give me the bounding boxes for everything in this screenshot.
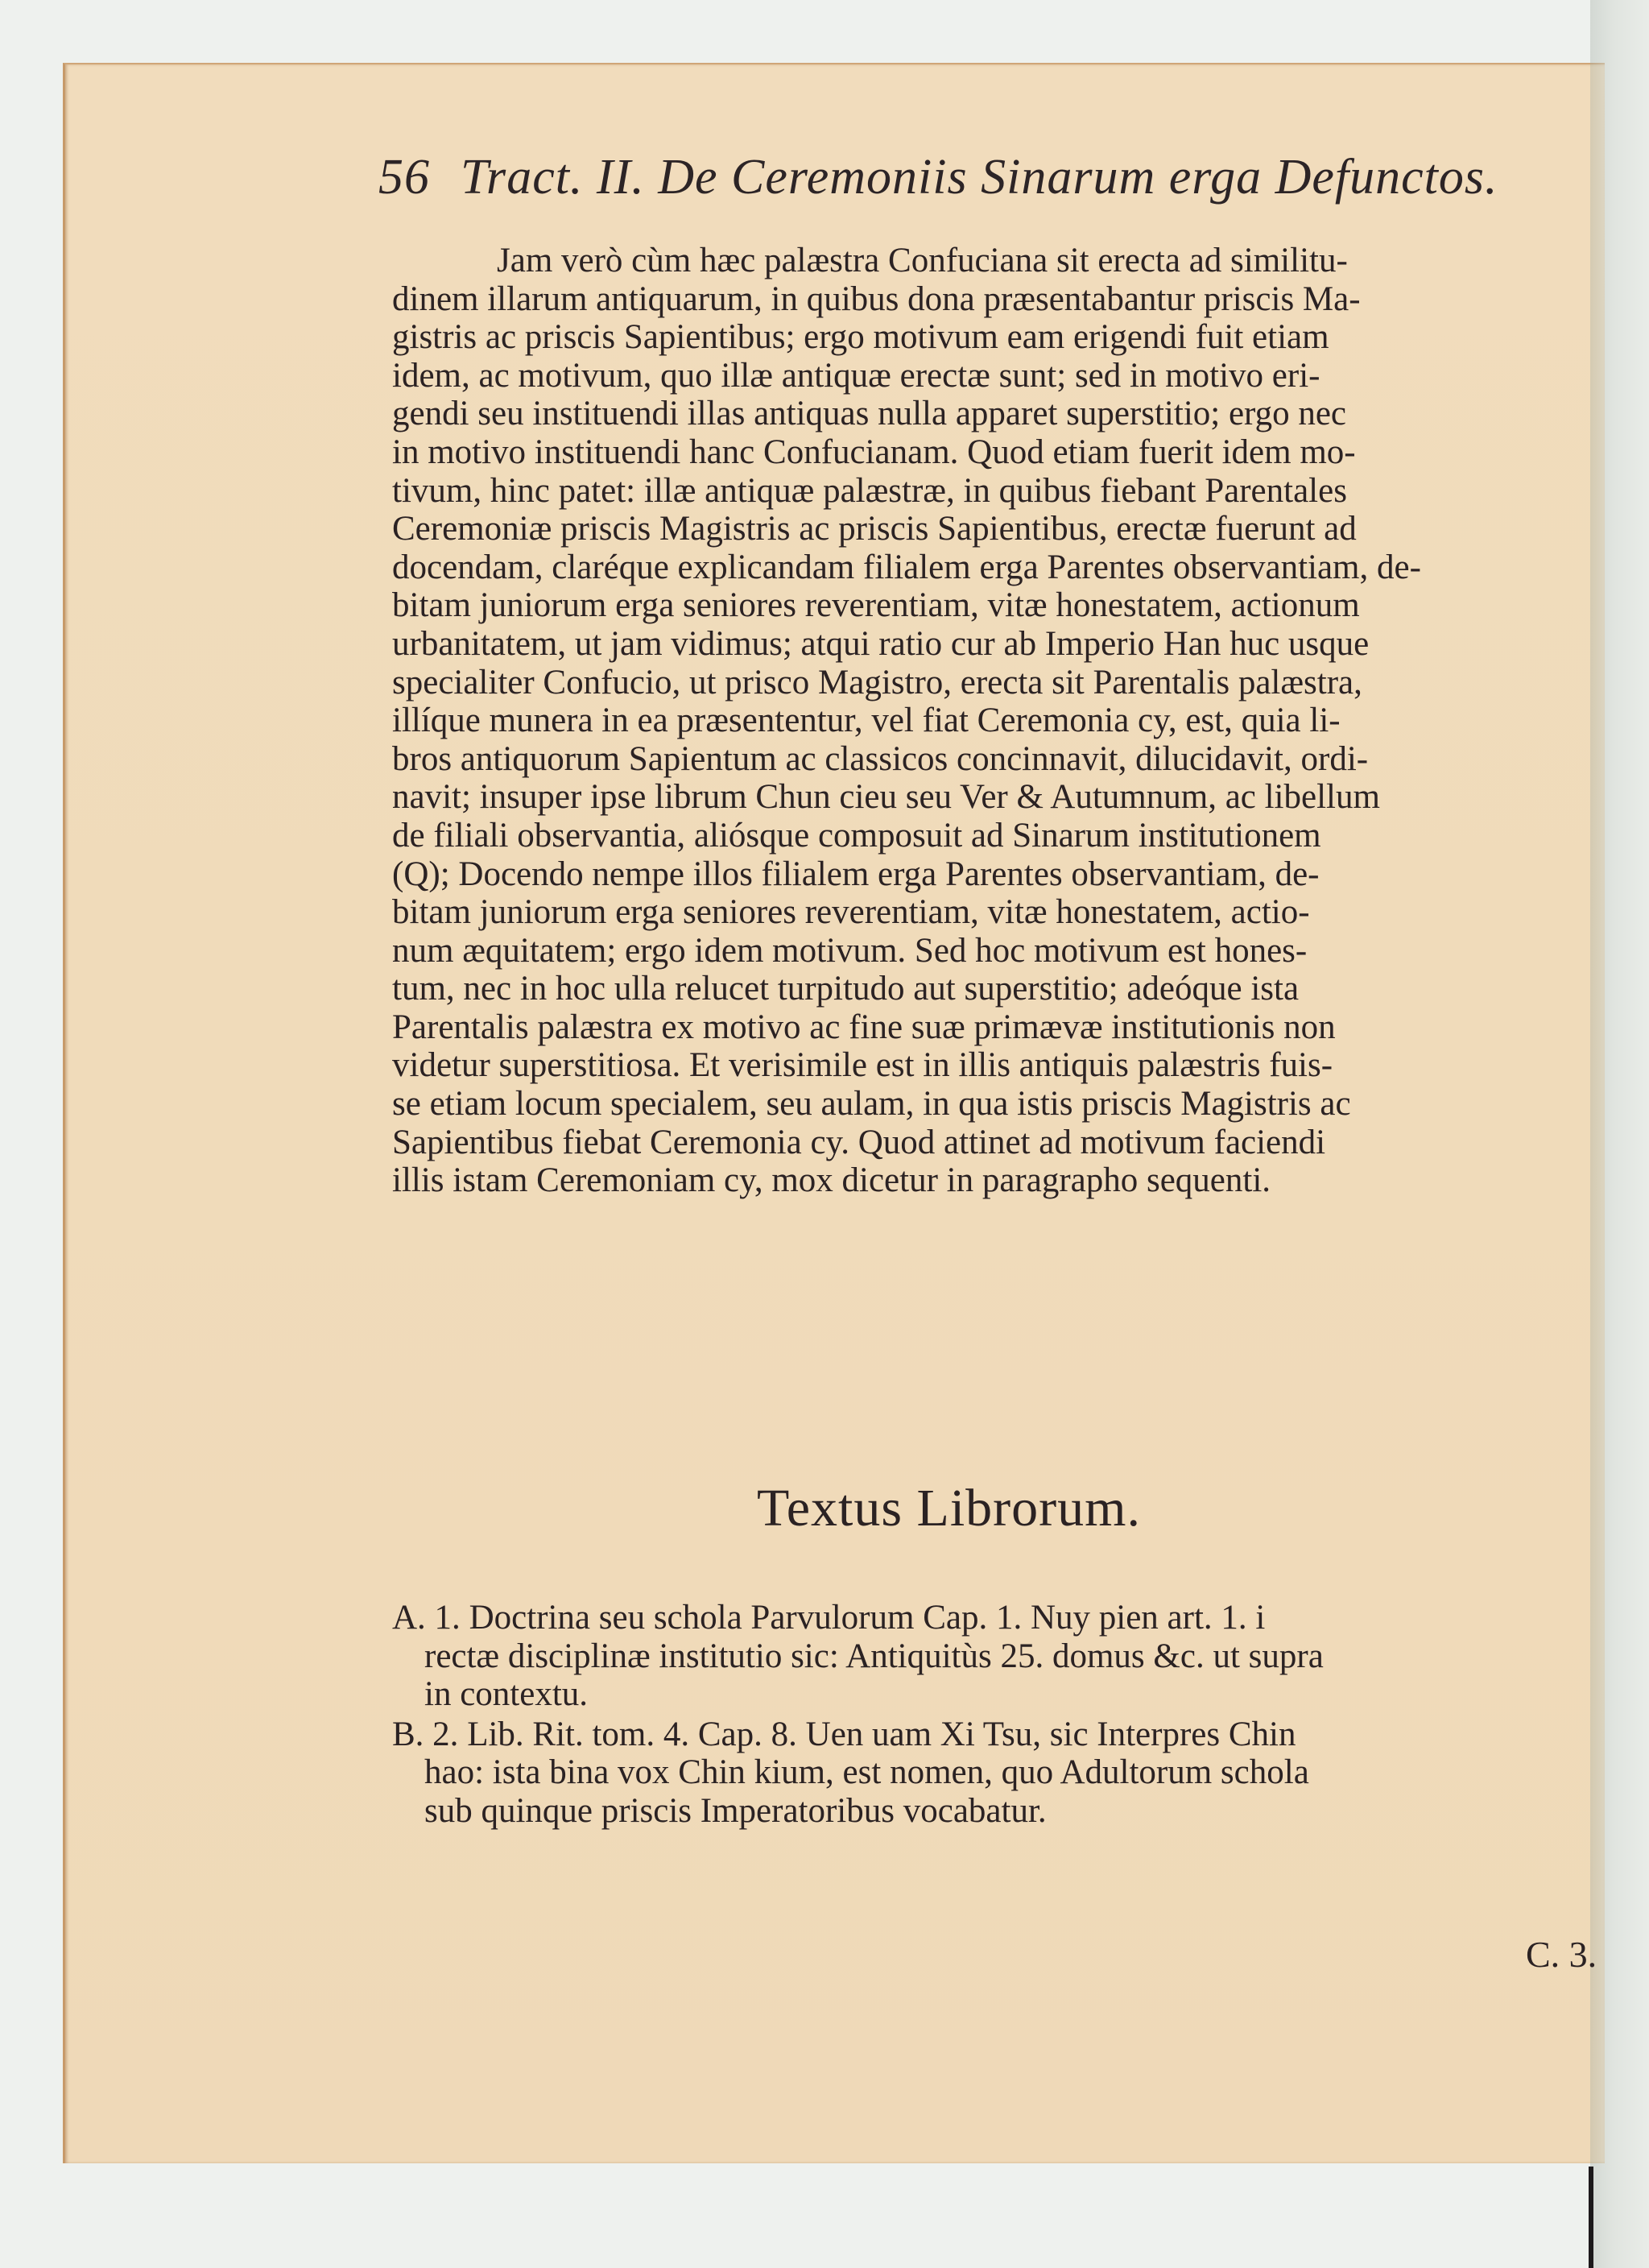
page-number: 56 <box>378 150 430 205</box>
text-line: illíque munera in ea præsententur, vel f… <box>392 702 1648 740</box>
running-head-title: Tract. II. De Ceremoniis Sinarum erga De… <box>461 150 1498 205</box>
text-line: bros antiquorum Sapientum ac classicos c… <box>392 740 1648 779</box>
reference-entry: A. 1. Doctrina seu schola Parvulorum Cap… <box>392 1599 1648 1714</box>
text-line: illis istam Ceremoniam cy, mox dicetur i… <box>392 1161 1648 1200</box>
reference-label: B. 2. <box>392 1715 458 1753</box>
reference-label: A. 1. <box>392 1599 461 1637</box>
body-paragraph: Jam verò cùm hæc palæstra Confuciana sit… <box>392 242 1648 1200</box>
text-line: urbanitatem, ut jam vidimus; atqui ratio… <box>392 625 1648 664</box>
text-line: de filiali observantia, aliósque composu… <box>392 817 1648 855</box>
text-line: Ceremoniæ priscis Magistris ac priscis S… <box>392 510 1648 548</box>
text-line: dinem illarum antiquarum, in quibus dona… <box>392 280 1648 319</box>
text-line: gistris ac priscis Sapientibus; ergo mot… <box>392 318 1648 357</box>
binding-edge <box>1589 2167 1593 2268</box>
text-line: Jam verò cùm hæc palæstra Confuciana sit… <box>392 242 1648 280</box>
running-head: 56Tract. II. De Ceremoniis Sinarum erga … <box>378 149 1586 206</box>
text-line: tivum, hinc patet: illæ antiquæ palæstræ… <box>392 472 1648 511</box>
reference-text: Doctrina seu schola Parvulorum Cap. 1. N… <box>469 1599 1266 1637</box>
text-line: bitam juniorum erga seniores reverentiam… <box>392 586 1648 625</box>
text-line: bitam juniorum erga seniores reverentiam… <box>392 893 1648 932</box>
reference-text: rectæ disciplinæ institutio sic: Antiqui… <box>392 1637 1648 1676</box>
text-line: (Q); Docendo nempe illos filialem erga P… <box>392 855 1648 894</box>
text-line: tum, nec in hoc ulla relucet turpitudo a… <box>392 970 1648 1008</box>
text-line: se etiam locum specialem, seu aulam, in … <box>392 1085 1648 1124</box>
text-line: navit; insuper ipse librum Chun cieu seu… <box>392 778 1648 817</box>
catchword: C. 3. <box>1526 1933 1597 1976</box>
text-line: num æquitatem; ergo idem motivum. Sed ho… <box>392 932 1648 971</box>
reference-text: sub quinque priscis Imperatoribus vocaba… <box>392 1792 1648 1831</box>
text-line: Sapientibus fiebat Ceremonia cy. Quod at… <box>392 1124 1648 1162</box>
reference-first-line: A. 1. Doctrina seu schola Parvulorum Cap… <box>392 1599 1648 1637</box>
text-line: gendi seu instituendi illas antiquas nul… <box>392 395 1648 433</box>
text-line: idem, ac motivum, quo illæ antiquæ erect… <box>392 357 1648 395</box>
reference-first-line: B. 2. Lib. Rit. tom. 4. Cap. 8. Uen uam … <box>392 1715 1648 1754</box>
text-line: in motivo instituendi hanc Confucianam. … <box>392 433 1648 472</box>
reference-text: in contextu. <box>392 1675 1648 1714</box>
text-line: videtur superstitiosa. Et verisimile est… <box>392 1046 1648 1085</box>
text-line: Parentalis palæstra ex motivo ac fine su… <box>392 1008 1648 1047</box>
reference-entry: B. 2. Lib. Rit. tom. 4. Cap. 8. Uen uam … <box>392 1715 1648 1831</box>
reference-text: Lib. Rit. tom. 4. Cap. 8. Uen uam Xi Tsu… <box>467 1715 1296 1753</box>
section-heading: Textus Librorum. <box>757 1478 1141 1539</box>
references-list: A. 1. Doctrina seu schola Parvulorum Cap… <box>392 1599 1648 1831</box>
reference-text: hao: ista bina vox Chin kium, est nomen,… <box>392 1753 1648 1792</box>
text-line: specialiter Confucio, ut prisco Magistro… <box>392 664 1648 702</box>
text-line: docendam, claréque explicandam filialem … <box>392 548 1648 587</box>
